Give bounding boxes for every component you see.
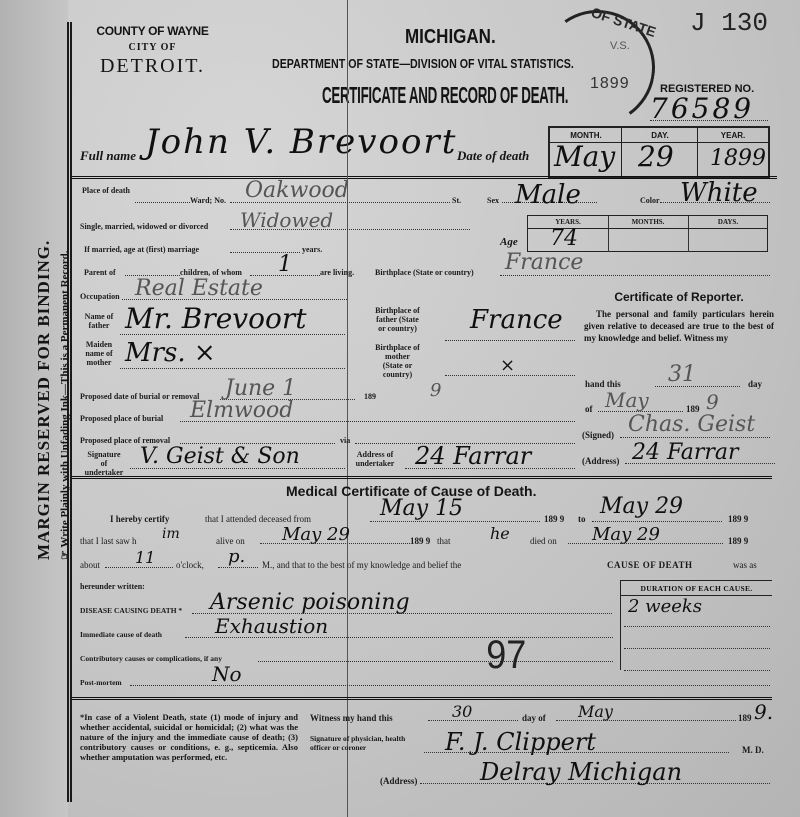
burial-year-suffix: 9 — [430, 380, 441, 401]
father-label: Name of father — [84, 312, 114, 330]
margin-text: MARGIN RESERVED FOR BINDING. ☞ Write Pla… — [34, 240, 71, 560]
city-name: DETROIT. — [80, 55, 225, 78]
disease-label: DISEASE CAUSING DEATH * — [80, 606, 182, 615]
color-label: Color — [640, 196, 660, 205]
immediate-cause-label: Immediate cause of death — [80, 630, 162, 639]
mother-birthplace-value: × — [500, 355, 515, 376]
county-header: COUNTY OF WAYNE CITY OF DETROIT. — [80, 24, 225, 78]
attended-to-value: May 29 — [600, 494, 683, 519]
occupation-value: Real Estate — [135, 276, 263, 301]
undertaker-address-label: Address of undertaker — [355, 450, 395, 468]
street-label: St. — [452, 196, 461, 205]
father-birthplace-label: Birthplace of father (State or country) — [375, 306, 420, 333]
duration-value: 2 weeks — [628, 596, 702, 617]
birthplace-label: Birthplace (State or country) — [375, 268, 474, 277]
certify-bold: I hereby certify — [110, 514, 169, 524]
certificate-title: CERTIFICATE AND RECORD OF DEATH. — [322, 82, 568, 109]
children-living-value: 1 — [278, 252, 292, 277]
marriage-age-label: If married, age at (first) marriage — [84, 245, 199, 254]
age-months-header: MONTHS. — [608, 218, 688, 226]
cause-of-death-bold: CAUSE OF DEATH — [607, 560, 693, 570]
physician-signature-label: Signature of physician, health officer o… — [310, 734, 410, 752]
undertaker-label: Signature of undertaker — [84, 450, 124, 477]
oclock-label: o'clock, — [176, 560, 204, 570]
reporter-month-value: May — [605, 388, 649, 412]
reporter-signed-value: Chas. Geist — [628, 412, 755, 437]
age-years-value: 74 — [550, 226, 578, 251]
death-day: 29 — [638, 140, 674, 173]
ampm-value: p. — [228, 546, 245, 567]
birthplace-value: France — [505, 250, 583, 275]
alive-on-value: May 29 — [282, 524, 350, 545]
alive-year: 189 9 — [410, 536, 430, 546]
stamp-vs: V.S. — [610, 40, 630, 52]
full-name-label: Full name — [80, 148, 136, 164]
was-as-label: was as — [733, 560, 757, 570]
died-on-value: May 29 — [592, 524, 660, 545]
certify-text: that I attended deceased from — [205, 514, 311, 524]
divider — [72, 476, 772, 479]
age-years-header: YEARS. — [528, 218, 608, 226]
death-year: 1899 — [710, 146, 766, 171]
stamp-year: 1899 — [590, 75, 630, 93]
contributory-label: Contributory causes or complications, if… — [80, 654, 222, 663]
attended-from-year: 189 9 — [544, 514, 564, 524]
reporter-text: The personal and family particulars here… — [584, 308, 774, 344]
violent-death-note: *In case of a Violent Death, state (1) m… — [80, 712, 298, 762]
day-label: day — [748, 379, 762, 389]
age-days-header: DAYS. — [688, 218, 768, 226]
reporter-address-label: (Address) — [582, 456, 619, 466]
year-header: YEAR. — [698, 131, 768, 140]
reporter-day-value: 31 — [668, 362, 696, 387]
burial-year-prefix: 189 — [364, 392, 376, 401]
city-of-label: CITY OF — [80, 42, 225, 53]
immediate-cause-value: Exhaustion — [215, 614, 328, 638]
ward-label: Ward; No. — [190, 196, 226, 205]
disease-value: Arsenic poisoning — [210, 590, 410, 615]
county-name: COUNTY OF WAYNE — [80, 24, 225, 38]
burial-place-value: Elmwood — [190, 398, 293, 423]
department-name: DEPARTMENT OF STATE—DIVISION OF VITAL ST… — [272, 56, 574, 71]
witness-year-prefix: 189 — [738, 713, 752, 723]
month-header: MONTH. — [550, 131, 622, 140]
burial-place-label: Proposed place of burial — [80, 414, 163, 423]
full-name-value: John V. Brevoort — [145, 122, 457, 162]
died-year: 189 9 — [728, 536, 748, 546]
day-of-label: day of — [522, 713, 546, 723]
mother-label: Maiden name of mother — [84, 340, 114, 367]
witness-year-suffix: 9. — [754, 700, 773, 724]
color-value: White — [680, 178, 758, 208]
sex-label: Sex — [487, 196, 499, 205]
father-birthplace-value: France — [470, 305, 563, 335]
date-of-death-box: MONTH. DAY. YEAR. May 29 1899 — [548, 126, 770, 178]
state-name: MICHIGAN. — [405, 26, 496, 49]
witness-label: Witness my hand this — [310, 713, 393, 723]
undertaker-value: V. Geist & Son — [140, 444, 300, 469]
reporter-certificate: Certificate of Reporter. The personal an… — [584, 290, 774, 344]
rest-text: M., and that to the best of my knowledge… — [262, 560, 461, 570]
duration-box: DURATION OF EACH CAUSE. — [620, 580, 772, 670]
margin-instruction: ☞ Write Plainly with Unfading Ink—This i… — [58, 240, 71, 560]
parent-of-label: Parent of — [84, 268, 116, 277]
death-certificate: MARGIN RESERVED FOR BINDING. ☞ Write Pla… — [0, 0, 800, 817]
last-saw-pronoun: im — [162, 526, 180, 542]
page-stamp-number: 97 — [486, 633, 526, 678]
place-of-death-label: Place of death — [82, 186, 130, 195]
post-mortem-value: No — [212, 662, 242, 686]
reporter-title: Certificate of Reporter. — [584, 290, 774, 304]
father-value: Mr. Brevoort — [125, 302, 306, 335]
mother-birthplace-label: Birthplace of mother (State or country) — [375, 343, 420, 379]
age-box: YEARS. MONTHS. DAYS. 74 — [527, 215, 768, 252]
undertaker-address-value: 24 Farrar — [415, 442, 531, 470]
witness-month-value: May — [578, 702, 613, 721]
alive-on-label: alive on — [216, 536, 245, 546]
divider — [72, 176, 777, 179]
via-label: via — [340, 436, 350, 445]
physician-address-value: Delray Michigan — [480, 758, 682, 786]
years-label: years. — [302, 245, 322, 254]
divider — [72, 697, 772, 700]
last-saw-label: that I last saw h — [80, 536, 137, 546]
pronoun-he: he — [490, 524, 510, 543]
attended-from-value: May 15 — [380, 496, 463, 521]
marital-label: Single, married, widowed or divorced — [80, 222, 208, 231]
physician-address-label: (Address) — [380, 776, 417, 786]
sex-value: Male — [515, 180, 581, 210]
mother-value: Mrs. × — [125, 338, 216, 368]
of-label: of — [585, 404, 593, 414]
marital-value: Widowed — [240, 208, 333, 232]
to-label: to — [578, 514, 586, 524]
attended-to-year: 189 9 — [728, 514, 748, 524]
signed-label: (Signed) — [582, 430, 614, 440]
died-on-label: died on — [530, 536, 557, 546]
witness-day-value: 30 — [452, 702, 472, 721]
living-label: are living. — [320, 268, 354, 277]
physician-signature-value: F. J. Clippert — [445, 728, 596, 756]
day-header: DAY. — [622, 131, 698, 140]
file-number: J 130 — [690, 8, 768, 38]
ward-value: Oakwood — [245, 178, 349, 203]
that-label: that — [437, 536, 451, 546]
post-mortem-label: Post-mortem — [80, 678, 122, 687]
burial-date-label: Proposed date of burial or removal — [80, 392, 199, 401]
reporter-year-suffix: 9 — [706, 390, 719, 414]
date-of-death-label: Date of death — [457, 148, 529, 164]
hour-value: 11 — [135, 548, 155, 567]
duration-header: DURATION OF EACH CAUSE. — [621, 581, 772, 596]
death-month: May — [554, 140, 615, 173]
fold-line — [347, 0, 348, 817]
about-label: about — [80, 560, 100, 570]
hereunder-label: hereunder written: — [80, 582, 145, 591]
margin-title: MARGIN RESERVED FOR BINDING. — [34, 240, 54, 560]
md-label: M. D. — [742, 745, 764, 755]
age-label: Age — [500, 236, 518, 248]
registered-line — [650, 120, 768, 121]
occupation-label: Occupation — [80, 292, 120, 301]
reporter-address-value: 24 Farrar — [632, 440, 739, 465]
